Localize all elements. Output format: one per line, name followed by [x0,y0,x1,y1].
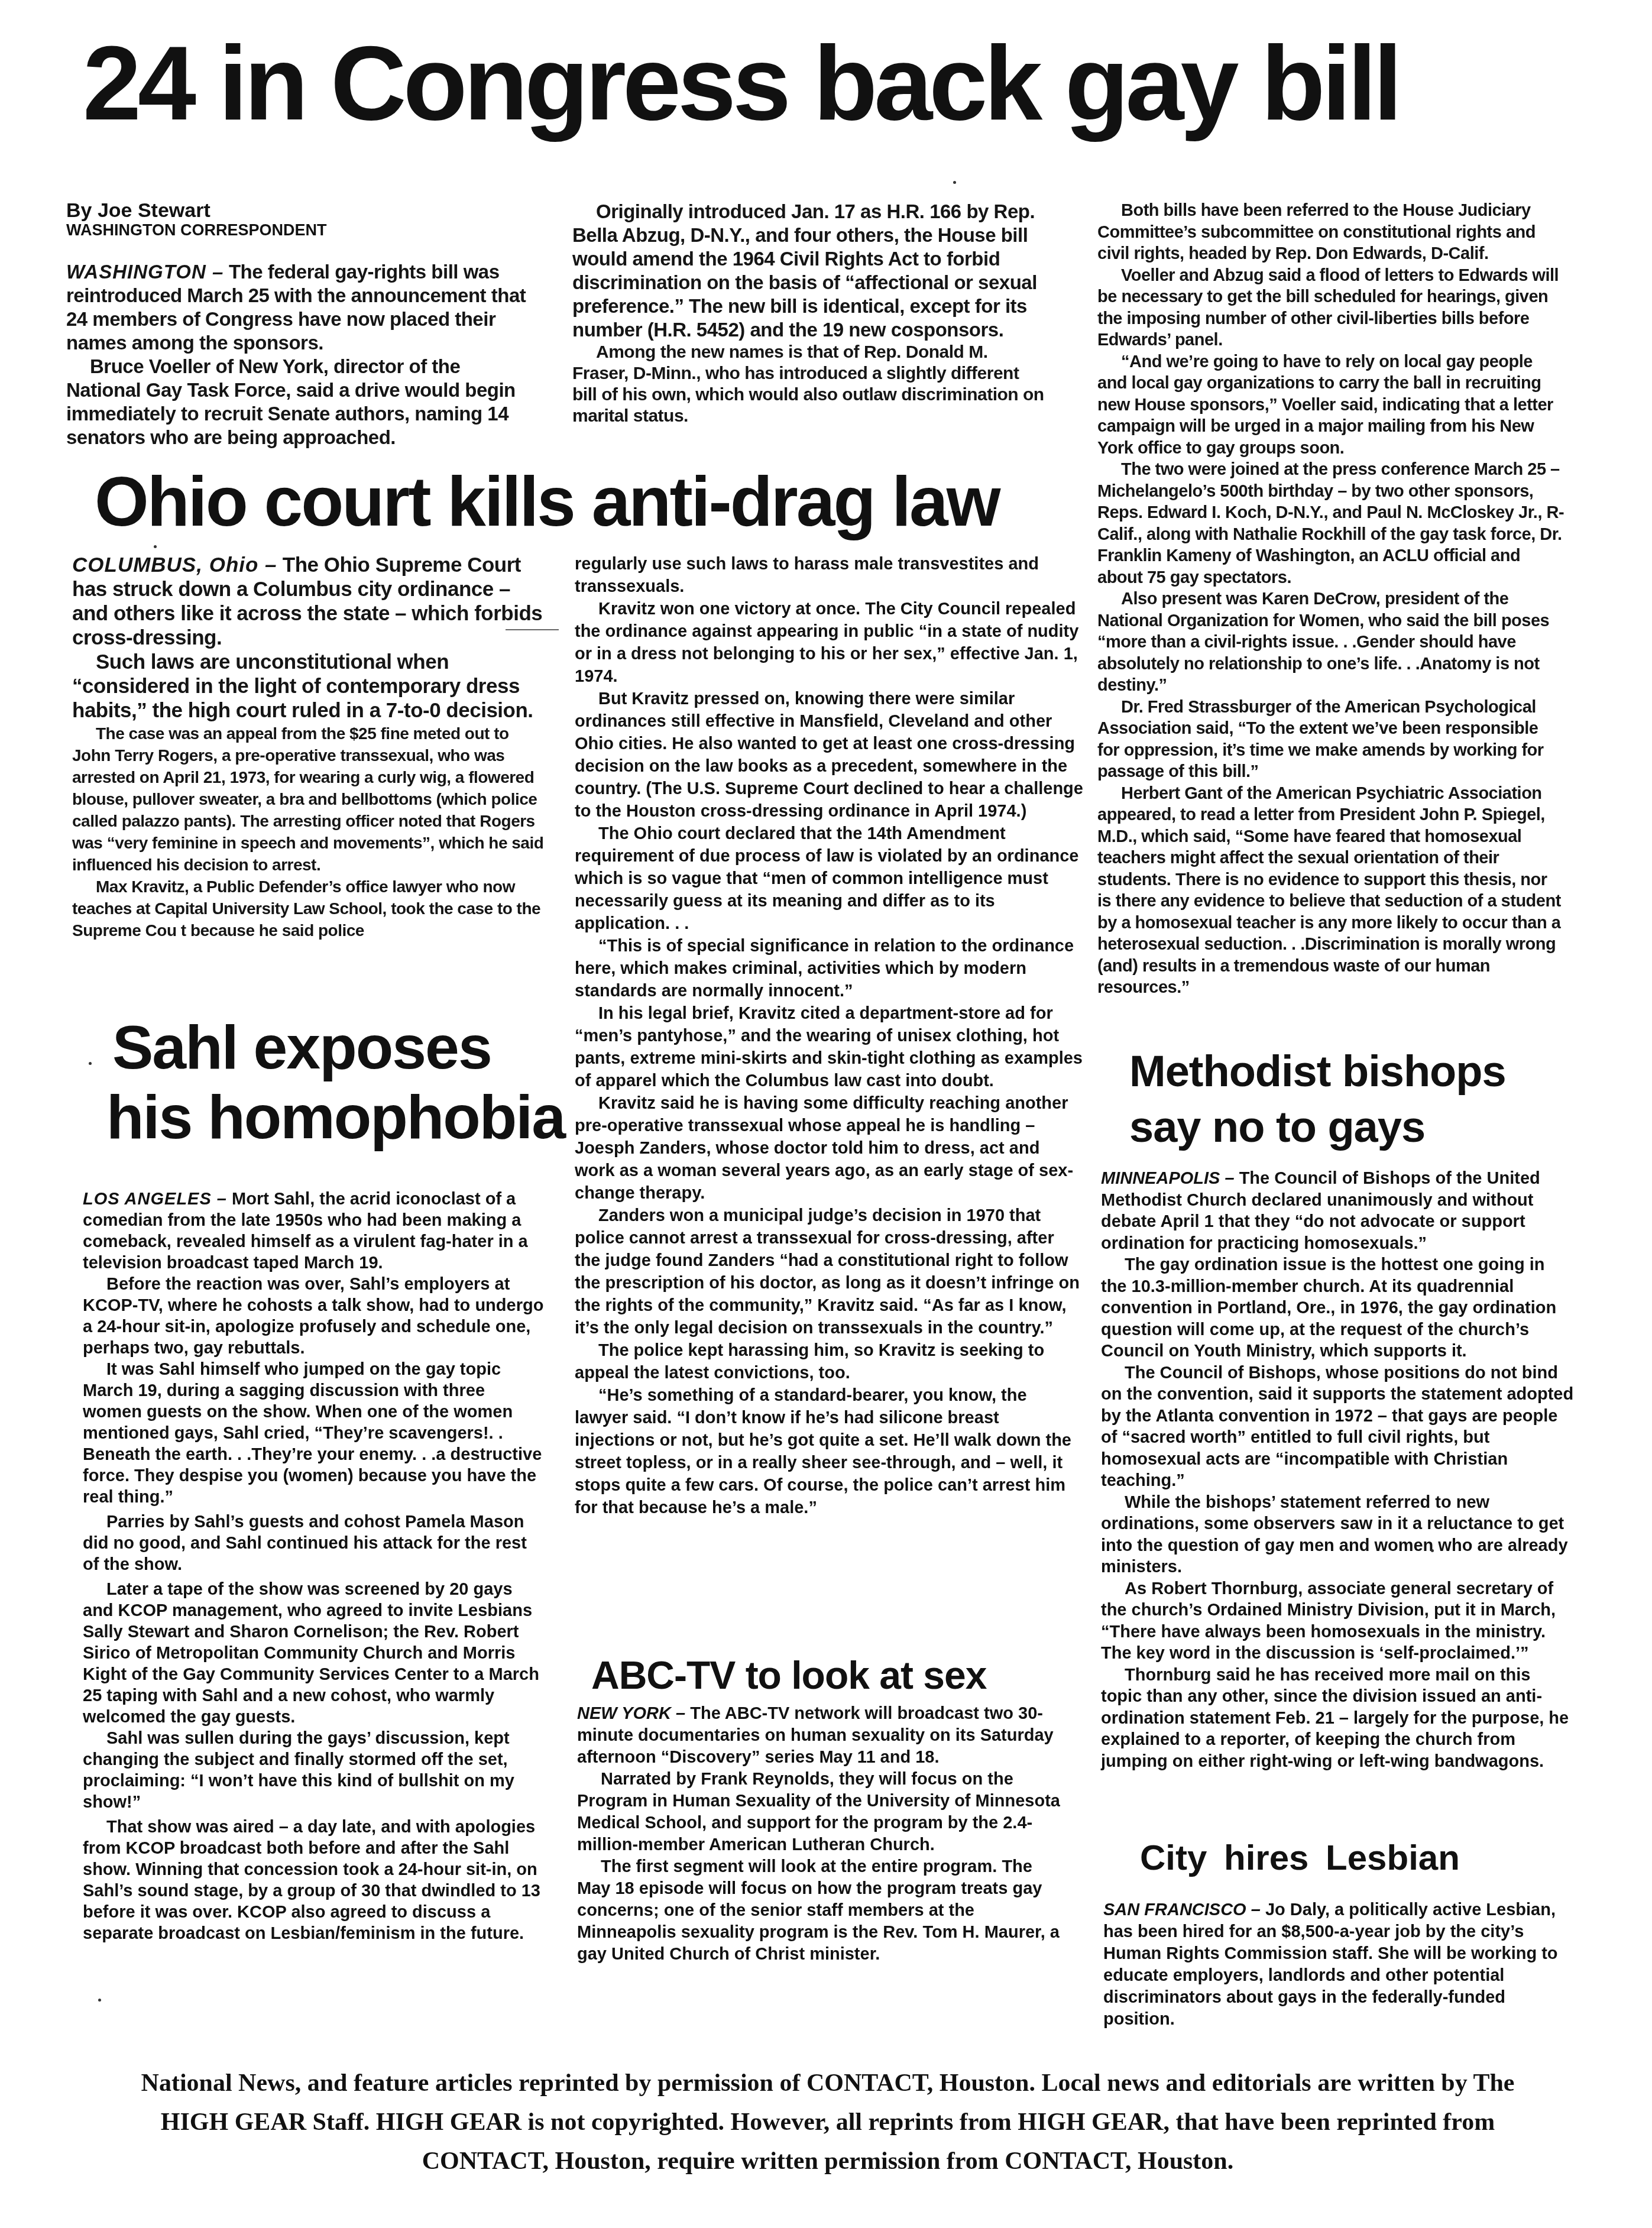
article-paragraph: Both bills have been referred to the Hou… [1097,200,1564,265]
article-paragraph: Among the new names is that of Rep. Dona… [572,342,1045,427]
article-paragraph: MINNEAPOLIS – The Council of Bishops of … [1101,1168,1574,1254]
article-paragraph: Later a tape of the show was screened by… [83,1579,544,1728]
paragraph-text: Jo Daly, a politically active Lesbian, h… [1103,1900,1558,2029]
article-paragraph: “And we’re going to have to rely on loca… [1097,351,1564,459]
article-paragraph: regularly use such laws to harass male t… [575,553,1083,598]
main-headline: 24 in Congress back gay bill [83,31,1399,136]
ohio-column-1: COLUMBUS, Ohio – The Ohio Supreme Court … [72,553,545,941]
scan-speck [154,545,157,548]
methodist-column: MINNEAPOLIS – The Council of Bishops of … [1101,1168,1574,1772]
article-paragraph: Max Kravitz, a Public Defender’s office … [72,876,545,941]
article-paragraph: Parries by Sahl’s guests and cohost Pame… [83,1511,544,1575]
article-paragraph: WASHINGTON – The federal gay-rights bill… [66,260,533,355]
dateline: MINNEAPOLIS – [1101,1169,1235,1188]
scan-speck [953,181,956,184]
article-paragraph: Voeller and Abzug said a flood of letter… [1097,265,1564,351]
lesbian-headline: City hires Lesbian [1140,1840,1460,1876]
article-paragraph: Kravitz won one victory at once. The Cit… [575,598,1083,688]
methodist-headline-line-1: Methodist bishops [1129,1050,1506,1093]
article-paragraph: Herbert Gant of the American Psychiatric… [1097,783,1564,999]
abc-headline: ABC-TV to look at sex [591,1656,986,1695]
dateline: LOS ANGELES – [83,1190,227,1209]
article-paragraph: While the bishops’ statement referred to… [1101,1492,1574,1578]
congress-column-2: Originally introduced Jan. 17 as H.R. 16… [572,200,1045,427]
article-paragraph: COLUMBUS, Ohio – The Ohio Supreme Court … [72,553,545,650]
article-paragraph: Before the reaction was over, Sahl’s emp… [83,1274,544,1359]
article-paragraph: SAN FRANCISCO – Jo Daly, a politically a… [1103,1899,1564,2031]
sahl-headline: Sahl exposes his homophobia [106,1017,565,1148]
congress-column-3: Both bills have been referred to the Hou… [1097,200,1564,999]
sahl-headline-line-2: his homophobia [106,1087,565,1148]
methodist-headline: Methodist bishops say no to gays [1129,1050,1506,1149]
scan-speck [1431,1549,1434,1552]
scan-rule-mark [506,629,559,630]
footer-notice: National News, and feature articles repr… [112,2064,1543,2181]
article-paragraph: Zanders won a municipal judge’s decision… [575,1204,1083,1339]
article-paragraph: “He’s something of a standard-bearer, yo… [575,1384,1083,1519]
article-paragraph: Originally introduced Jan. 17 as H.R. 16… [572,200,1045,342]
dateline: SAN FRANCISCO – [1103,1900,1261,1919]
article-paragraph: The case was an appeal from the $25 fine… [72,723,545,876]
article-paragraph: NEW YORK – The ABC-TV network will broad… [577,1703,1062,1769]
article-paragraph: The two were joined at the press confere… [1097,459,1564,588]
ohio-headline: Ohio court kills anti-drag law [95,467,999,537]
methodist-headline-line-2: say no to gays [1129,1105,1506,1149]
congress-column-1: WASHINGTON – The federal gay-rights bill… [66,260,533,449]
article-paragraph: Narrated by Frank Reynolds, they will fo… [577,1769,1062,1856]
dateline: NEW YORK – [577,1704,685,1723]
scan-speck [89,1062,92,1065]
ohio-column-2: regularly use such laws to harass male t… [575,553,1083,1519]
article-paragraph: Sahl was sullen during the gays’ discuss… [83,1728,544,1813]
byline-role: WASHINGTON CORRESPONDENT [66,221,327,239]
article-paragraph: “This is of special significance in rela… [575,935,1083,1002]
article-paragraph: The Council of Bishops, whose positions … [1101,1362,1574,1492]
sahl-column: LOS ANGELES – Mort Sahl, the acrid icono… [83,1189,544,1944]
abc-column: NEW YORK – The ABC-TV network will broad… [577,1703,1062,1965]
lesbian-column: SAN FRANCISCO – Jo Daly, a politically a… [1103,1899,1564,2031]
scan-speck [98,1999,101,2002]
article-paragraph: But Kravitz pressed on, knowing there we… [575,688,1083,822]
article-paragraph: LOS ANGELES – Mort Sahl, the acrid icono… [83,1189,544,1274]
sahl-headline-line-1: Sahl exposes [106,1017,565,1079]
dateline: WASHINGTON – [66,261,223,283]
article-paragraph: The gay ordination issue is the hottest … [1101,1254,1574,1362]
article-paragraph: Kravitz said he is having some difficult… [575,1092,1083,1204]
article-paragraph: In his legal brief, Kravitz cited a depa… [575,1002,1083,1092]
byline: By Joe Stewart WASHINGTON CORRESPONDENT [66,200,327,239]
article-paragraph: Bruce Voeller of New York, director of t… [66,355,533,449]
article-paragraph: The Ohio court declared that the 14th Am… [575,822,1083,935]
dateline: COLUMBUS, Ohio – [72,553,277,577]
article-paragraph: It was Sahl himself who jumped on the ga… [83,1359,544,1508]
byline-author: By Joe Stewart [66,200,327,221]
article-paragraph: Thornburg said he has received more mail… [1101,1664,1574,1773]
article-paragraph: Dr. Fred Strassburger of the American Ps… [1097,697,1564,783]
article-paragraph: The police kept harassing him, so Kravit… [575,1339,1083,1384]
article-paragraph: That show was aired – a day late, and wi… [83,1816,544,1944]
article-paragraph: Also present was Karen DeCrow, president… [1097,588,1564,697]
article-paragraph: The first segment will look at the entir… [577,1856,1062,1965]
article-paragraph: Such laws are unconstitutional when “con… [72,650,545,723]
article-paragraph: As Robert Thornburg, associate general s… [1101,1578,1574,1664]
